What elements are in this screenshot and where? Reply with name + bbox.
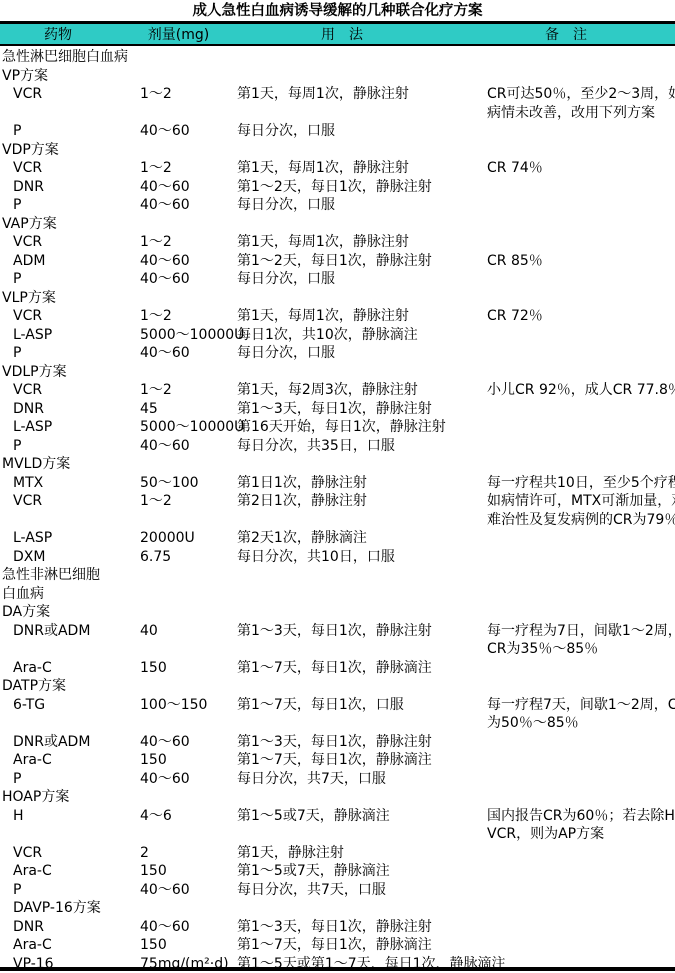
dose-cell: 40～60 — [140, 196, 237, 215]
table-row: VCR1～2第1天，每周1次，静脉注射 — [2, 233, 675, 252]
usage-cell: 第2天1次，静脉滴注 — [237, 529, 487, 548]
dose-cell: 150 — [140, 659, 237, 678]
usage-cell: 第1天，每周1次，静脉注射 — [237, 233, 487, 252]
table-row: MTX50～100第1日1次，静脉注射每一疗程共10日，至少5个疗程 — [2, 474, 675, 493]
table-row: P40～60每日分次，口服 — [2, 122, 675, 141]
table-row: DXM6.75每日分次，共10日，口服 — [2, 548, 675, 567]
dose-cell: 150 — [140, 936, 237, 955]
dose-cell: 1～2 — [140, 307, 237, 326]
dose-cell: 40～60 — [140, 252, 237, 271]
scheme-label: HOAP方案 — [2, 788, 675, 807]
usage-cell: 每日分次，口服 — [237, 344, 487, 363]
drug-name-cell: 6-TG — [2, 696, 140, 715]
category-row: 急性淋巴细胞白血病 — [2, 48, 675, 67]
drug-name-cell: VCR — [2, 159, 140, 178]
usage-cell: 每日分次，共10日，口服 — [237, 548, 487, 567]
drug-name-cell: H — [2, 807, 140, 826]
table-body: 急性淋巴细胞白血病VP方案VCR1～2第1天，每周1次，静脉注射CR可达50％，… — [0, 46, 675, 973]
drug-name-cell: VCR — [2, 844, 140, 863]
table-row: Ara-C150第1～5或7天，静脉滴注 — [2, 862, 675, 881]
scheme-row: VP方案 — [2, 67, 675, 86]
usage-cell: 每日分次，共7天，口服 — [237, 770, 487, 789]
table-row: P40～60每日分次，共7天，口服 — [2, 770, 675, 789]
dose-cell: 100～150 — [140, 696, 237, 715]
table-header-row: 药物 剂量(mg) 用 法 备 注 — [0, 21, 675, 46]
table-row: L-ASP5000～10000U第16天开始，每日1次，静脉注射 — [2, 418, 675, 437]
dose-cell: 40～60 — [140, 122, 237, 141]
drug-name-cell: VCR — [2, 492, 140, 511]
dose-cell: 50～100 — [140, 474, 237, 493]
dose-cell: 2 — [140, 844, 237, 863]
note-cell: 国内报告CR为60％；若去除H及 VCR，则为AP方案 — [487, 807, 675, 844]
table-row: P40～60每日分次，口服 — [2, 270, 675, 289]
scheme-label: MVLD方案 — [2, 455, 675, 474]
scheme-label: VDP方案 — [2, 141, 675, 160]
drug-name-cell: P — [2, 196, 140, 215]
usage-cell: 每日分次，共7天，口服 — [237, 881, 487, 900]
note-cell: CR 72％ — [487, 307, 675, 326]
drug-name-cell: ADM — [2, 252, 140, 271]
dose-cell: 150 — [140, 751, 237, 770]
table-row: P40～60每日分次，共7天，口服 — [2, 881, 675, 900]
drug-name-cell: VCR — [2, 307, 140, 326]
note-cell: 如病情许可，MTX可渐加量，对 难治性及复发病例的CR为79％ — [487, 492, 675, 529]
dose-cell: 40～60 — [140, 770, 237, 789]
dose-cell: 40～60 — [140, 918, 237, 937]
table-bottom-rule — [0, 967, 675, 971]
drug-name-cell: Ara-C — [2, 862, 140, 881]
drug-name-cell: P — [2, 344, 140, 363]
drug-name-cell: Ara-C — [2, 936, 140, 955]
dose-cell: 1～2 — [140, 233, 237, 252]
dose-cell: 1～2 — [140, 159, 237, 178]
usage-cell: 第1天，每周1次，静脉注射 — [237, 307, 487, 326]
drug-name-cell: L-ASP — [2, 326, 140, 345]
dose-cell: 6.75 — [140, 548, 237, 567]
table-row: L-ASP5000～10000U每日1次，共10次，静脉滴注 — [2, 326, 675, 345]
drug-name-cell: P — [2, 437, 140, 456]
category-label: 急性淋巴细胞白血病 — [2, 48, 675, 67]
column-header-usage: 用 法 — [237, 24, 487, 44]
table-row: ADM40～60第1～2天，每日1次，静脉注射CR 85％ — [2, 252, 675, 271]
note-cell: 小儿CR 92％，成人CR 77.8％ — [487, 381, 675, 400]
drug-name-cell: DNR — [2, 178, 140, 197]
table-row: VCR1～2第1天，每周1次，静脉注射CR 74％ — [2, 159, 675, 178]
usage-cell: 每日分次，口服 — [237, 196, 487, 215]
usage-cell: 第1天，每周1次，静脉注射 — [237, 159, 487, 178]
usage-cell: 第1～5或7天，静脉滴注 — [237, 807, 487, 826]
drug-name-cell: DNR — [2, 918, 140, 937]
dose-cell: 20000U — [140, 529, 237, 548]
table-row: VCR1～2第1天，每2周3次，静脉注射小儿CR 92％，成人CR 77.8％ — [2, 381, 675, 400]
scheme-row: DAVP-16方案 — [2, 899, 675, 918]
drug-name-cell: DXM — [2, 548, 140, 567]
drug-name-cell: DNR — [2, 400, 140, 419]
column-header-note: 备 注 — [487, 24, 675, 44]
dose-cell: 40 — [140, 622, 237, 641]
usage-cell: 第1～5或7天，静脉滴注 — [237, 862, 487, 881]
table-row: Ara-C150第1～7天，每日1次，静脉滴注 — [2, 659, 675, 678]
usage-cell: 第1～7天，每日1次，静脉滴注 — [237, 659, 487, 678]
drug-name-cell: L-ASP — [2, 529, 140, 548]
note-cell: 每一疗程为7日，间歇1～2周， CR为35％～85％ — [487, 622, 675, 659]
scheme-label: DATP方案 — [2, 677, 675, 696]
usage-cell: 第1天，每2周3次，静脉注射 — [237, 381, 487, 400]
dose-cell: 40～60 — [140, 270, 237, 289]
dose-cell: 45 — [140, 400, 237, 419]
scheme-row: VDP方案 — [2, 141, 675, 160]
table-row: DNR40～60第1～3天，每日1次，静脉注射 — [2, 918, 675, 937]
dose-cell: 40～60 — [140, 178, 237, 197]
table-row: DNR40～60第1～2天，每日1次，静脉注射 — [2, 178, 675, 197]
usage-cell: 第1～7天，每日1次，静脉滴注 — [237, 751, 487, 770]
drug-name-cell: Ara-C — [2, 751, 140, 770]
table-row: DNR45第1～3天，每日1次，静脉注射 — [2, 400, 675, 419]
table-row: DNR或ADM40第1～3天，每日1次，静脉注射每一疗程为7日，间歇1～2周， … — [2, 622, 675, 659]
drug-name-cell: VCR — [2, 233, 140, 252]
scheme-label: VP方案 — [2, 67, 675, 86]
scheme-label: DAVP-16方案 — [2, 899, 675, 918]
scheme-row: HOAP方案 — [2, 788, 675, 807]
table-row: H4～6第1～5或7天，静脉滴注国内报告CR为60％；若去除H及 VCR，则为A… — [2, 807, 675, 844]
usage-cell: 第1～3天，每日1次，静脉注射 — [237, 918, 487, 937]
table-row: P40～60每日分次，口服 — [2, 196, 675, 215]
drug-name-cell: MTX — [2, 474, 140, 493]
scheme-row: VAP方案 — [2, 215, 675, 234]
table-row: VCR1～2第1天，每周1次，静脉注射CR可达50％，至少2～3周，如 病情未改… — [2, 85, 675, 122]
column-header-dose: 剂量(mg) — [140, 24, 237, 44]
drug-name-cell: VCR — [2, 381, 140, 400]
dose-cell: 150 — [140, 862, 237, 881]
drug-name-cell: P — [2, 881, 140, 900]
dose-cell: 40～60 — [140, 733, 237, 752]
scheme-row: DATP方案 — [2, 677, 675, 696]
usage-cell: 第1～7天，每日1次，静脉滴注 — [237, 936, 487, 955]
dose-cell: 5000～10000U — [140, 418, 237, 437]
usage-cell: 每日分次，共35日，口服 — [237, 437, 487, 456]
usage-cell: 第1～3天，每日1次，静脉注射 — [237, 733, 487, 752]
usage-cell: 每日分次，口服 — [237, 122, 487, 141]
drug-name-cell: DNR或ADM — [2, 622, 140, 641]
note-cell: 每一疗程共10日，至少5个疗程 — [487, 474, 675, 493]
scheme-row: VDLP方案 — [2, 363, 675, 382]
usage-cell: 第1～2天，每日1次，静脉注射 — [237, 252, 487, 271]
table-row: DNR或ADM40～60第1～3天，每日1次，静脉注射 — [2, 733, 675, 752]
note-cell: CR 74％ — [487, 159, 675, 178]
usage-cell: 每日1次，共10次，静脉滴注 — [237, 326, 487, 345]
table-row: VCR2第1天，静脉注射 — [2, 844, 675, 863]
dose-cell: 40～60 — [140, 881, 237, 900]
usage-cell: 第1天，每周1次，静脉注射 — [237, 85, 487, 104]
usage-cell: 第16天开始，每日1次，静脉注射 — [237, 418, 487, 437]
page-title: 成人急性白血病诱导缓解的几种联合化疗方案 — [0, 0, 675, 21]
category-row: 急性非淋巴细胞 白血病 — [2, 566, 675, 603]
drug-name-cell: P — [2, 770, 140, 789]
dose-cell: 1～2 — [140, 381, 237, 400]
scheme-label: VDLP方案 — [2, 363, 675, 382]
note-cell: 每一疗程7天，间歇1～2周，CR 为50％～85％ — [487, 696, 675, 733]
usage-cell: 第1～7天，每日1次，口服 — [237, 696, 487, 715]
usage-cell: 第1日1次，静脉注射 — [237, 474, 487, 493]
usage-cell: 第1～2天，每日1次，静脉注射 — [237, 178, 487, 197]
scheme-label: VLP方案 — [2, 289, 675, 308]
table-row: Ara-C150第1～7天，每日1次，静脉滴注 — [2, 936, 675, 955]
scheme-row: DA方案 — [2, 603, 675, 622]
dose-cell: 1～2 — [140, 85, 237, 104]
drug-name-cell: Ara-C — [2, 659, 140, 678]
scheme-row: MVLD方案 — [2, 455, 675, 474]
table-row: L-ASP20000U第2天1次，静脉滴注 — [2, 529, 675, 548]
drug-name-cell: P — [2, 270, 140, 289]
dose-cell: 40～60 — [140, 344, 237, 363]
scheme-row: VLP方案 — [2, 289, 675, 308]
note-cell: CR可达50％，至少2～3周，如 病情未改善，改用下列方案 — [487, 85, 675, 122]
scheme-label: DA方案 — [2, 603, 675, 622]
column-header-drug: 药物 — [0, 24, 140, 44]
drug-name-cell: L-ASP — [2, 418, 140, 437]
note-cell: CR 85％ — [487, 252, 675, 271]
table-row: VCR1～2第2日1次，静脉注射如病情许可，MTX可渐加量，对 难治性及复发病例… — [2, 492, 675, 529]
usage-cell: 第2日1次，静脉注射 — [237, 492, 487, 511]
dose-cell: 5000～10000U — [140, 326, 237, 345]
table-row: Ara-C150第1～7天，每日1次，静脉滴注 — [2, 751, 675, 770]
usage-cell: 第1～3天，每日1次，静脉注射 — [237, 400, 487, 419]
table-row: VCR1～2第1天，每周1次，静脉注射CR 72％ — [2, 307, 675, 326]
drug-name-cell: VCR — [2, 85, 140, 104]
usage-cell: 每日分次，口服 — [237, 270, 487, 289]
dose-cell: 4～6 — [140, 807, 237, 826]
drug-name-cell: DNR或ADM — [2, 733, 140, 752]
table-row: 6-TG100～150第1～7天，每日1次，口服每一疗程7天，间歇1～2周，CR… — [2, 696, 675, 733]
scheme-label: VAP方案 — [2, 215, 675, 234]
drug-name-cell: P — [2, 122, 140, 141]
category-label: 急性非淋巴细胞 白血病 — [2, 566, 675, 603]
dose-cell: 1～2 — [140, 492, 237, 511]
usage-cell: 第1天，静脉注射 — [237, 844, 487, 863]
table-row: P40～60每日分次，口服 — [2, 344, 675, 363]
table-row: P40～60每日分次，共35日，口服 — [2, 437, 675, 456]
dose-cell: 40～60 — [140, 437, 237, 456]
usage-cell: 第1～3天，每日1次，静脉注射 — [237, 622, 487, 641]
